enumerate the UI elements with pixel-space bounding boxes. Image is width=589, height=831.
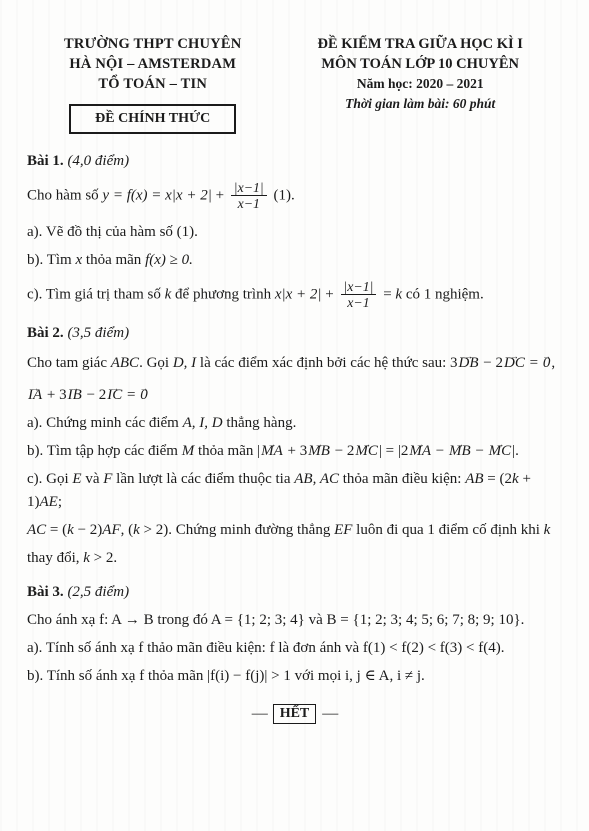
text-run: (3,5 điểm) bbox=[67, 325, 129, 341]
text-run: b). Tìm bbox=[27, 252, 75, 268]
text-run: − bbox=[472, 443, 488, 459]
text-run: D, I bbox=[173, 355, 196, 371]
text-run: k bbox=[67, 522, 74, 538]
text-run: | = |2 bbox=[379, 443, 408, 459]
text-run: A, I, D bbox=[183, 415, 223, 431]
text-run: k bbox=[512, 471, 519, 487]
text-run: Cho hàm số bbox=[27, 187, 102, 203]
text-run: x|x + 2| bbox=[275, 286, 322, 302]
text-run: − 2 bbox=[83, 387, 106, 403]
vector-term: MA bbox=[260, 440, 284, 463]
department-line: TỔ TOÁN – TIN bbox=[27, 74, 278, 94]
text-run: + bbox=[322, 286, 338, 302]
problem2-part-c-line3: thay đổi, k > 2. bbox=[27, 547, 562, 570]
vector-term: IC bbox=[106, 384, 123, 407]
text-run: − 2 bbox=[480, 355, 503, 371]
problem1-part-a: a). Vẽ đồ thị của hàm số (1). bbox=[27, 221, 562, 244]
text-run: AB bbox=[465, 471, 483, 487]
text-run: AC bbox=[27, 522, 46, 538]
text-run: b). Tìm tập hợp các điểm bbox=[27, 443, 182, 459]
header: TRƯỜNG THPT CHUYÊN HÀ NỘI – AMSTERDAM TỔ… bbox=[27, 34, 562, 134]
vector-term: IA bbox=[27, 384, 43, 407]
text-run: . Gọi bbox=[139, 355, 173, 371]
problem2-part-c-line1: c). Gọi E và F lần lượt là các điểm thuộ… bbox=[27, 468, 562, 514]
text-run: f(x) ≥ 0. bbox=[145, 252, 193, 268]
vector-term: 0 bbox=[542, 352, 552, 375]
text-run: |. bbox=[512, 443, 519, 459]
text-run: Bài 3. bbox=[27, 584, 67, 600]
problem1-heading: Bài 1. (4,0 điểm) bbox=[27, 150, 562, 173]
text-run: EF bbox=[334, 522, 352, 538]
text-run: = bbox=[123, 387, 139, 403]
vector-term: MA bbox=[408, 440, 432, 463]
text-run: để phương trình bbox=[171, 286, 275, 302]
text-run: lần lượt là các điểm thuộc tia bbox=[112, 471, 294, 487]
end-label-box: HẾT bbox=[273, 704, 317, 724]
vector-term: MC bbox=[354, 440, 379, 463]
text-run: = bbox=[379, 286, 395, 302]
exam-body: Bài 1. (4,0 điểm) Cho hàm số y = f(x) = … bbox=[27, 150, 562, 688]
exam-duration: Thời gian làm bài: 60 phút bbox=[278, 94, 562, 114]
text-run: c). Gọi bbox=[27, 471, 72, 487]
problem3-heading: Bài 3. (2,5 điểm) bbox=[27, 581, 562, 604]
text-run: y = f(x) = x|x + 2| bbox=[102, 187, 211, 203]
text-run: b). Tính số ánh xạ f thỏa mãn |f(i) − f(… bbox=[27, 668, 425, 684]
end-dash-right: — bbox=[316, 705, 343, 723]
text-run: AB, AC bbox=[294, 471, 339, 487]
text-run: a). Vẽ đồ thị của hàm số (1). bbox=[27, 224, 198, 240]
official-exam-label: ĐỀ CHÍNH THỨC bbox=[95, 111, 210, 126]
text-run: thỏa mãn bbox=[194, 443, 257, 459]
text-run: Bài 1. bbox=[27, 153, 67, 169]
vector-term: MB bbox=[448, 440, 472, 463]
fraction: |x−1|x−1 bbox=[341, 279, 377, 311]
text-run: (4,0 điểm) bbox=[67, 153, 129, 169]
end-dash-left: — bbox=[246, 705, 273, 723]
text-run: , bbox=[551, 355, 555, 371]
text-run: thỏa mãn điều kiện: bbox=[339, 471, 465, 487]
text-run: Cho tam giác bbox=[27, 355, 111, 371]
problem2-part-c-line2: AC = (k − 2)AF, (k > 2). Chứng minh đườn… bbox=[27, 519, 562, 542]
text-run: a). Chứng minh các điểm bbox=[27, 415, 183, 431]
text-run: có 1 nghiệm. bbox=[402, 286, 484, 302]
text-run: , ( bbox=[121, 522, 134, 538]
problem2-part-b: b). Tìm tập hợp các điểm M thỏa mãn |MA … bbox=[27, 440, 562, 463]
text-run: AE bbox=[40, 494, 58, 510]
vector-term: 0 bbox=[139, 384, 149, 407]
text-run: − bbox=[432, 443, 448, 459]
text-run: + bbox=[212, 187, 228, 203]
exam-subject: MÔN TOÁN LỚP 10 CHUYÊN bbox=[278, 54, 562, 74]
problem2-part-a: a). Chứng minh các điểm A, I, D thẳng hà… bbox=[27, 412, 562, 435]
text-run: − 2 bbox=[331, 443, 354, 459]
vector-term: MB bbox=[307, 440, 331, 463]
text-run: E bbox=[72, 471, 81, 487]
text-run: Cho ánh xạ f: A → B trong đó A = {1; 2; … bbox=[27, 612, 524, 628]
text-run: AF bbox=[102, 522, 120, 538]
text-run: thỏa mãn bbox=[82, 252, 145, 268]
text-run: ; bbox=[58, 494, 62, 510]
exam-school-year: Năm học: 2020 – 2021 bbox=[278, 74, 562, 94]
text-run: k bbox=[544, 522, 551, 538]
text-run: k bbox=[133, 522, 140, 538]
text-run: = (2 bbox=[484, 471, 512, 487]
text-run: a). Tính số ánh xạ f thảo mãn điều kiện:… bbox=[27, 640, 504, 656]
problem1-intro: Cho hàm số y = f(x) = x|x + 2| + |x−1|x−… bbox=[27, 180, 562, 212]
text-run: Bài 2. bbox=[27, 325, 67, 341]
problem1-part-b: b). Tìm x thỏa mãn f(x) ≥ 0. bbox=[27, 249, 562, 272]
text-run: + 3 bbox=[284, 443, 307, 459]
text-run: k bbox=[83, 550, 90, 566]
school-name-line1: TRƯỜNG THPT CHUYÊN bbox=[27, 34, 278, 54]
text-run: và bbox=[82, 471, 104, 487]
text-run: > 2. bbox=[90, 550, 117, 566]
text-run: = bbox=[526, 355, 542, 371]
text-run: + 3 bbox=[43, 387, 66, 403]
problem1-part-c: c). Tìm giá trị tham số k để phương trìn… bbox=[27, 279, 562, 311]
official-exam-box: ĐỀ CHÍNH THỨC bbox=[69, 104, 236, 134]
fraction: |x−1|x−1 bbox=[231, 180, 267, 212]
problem2-intro-line2: IA + 3IB − 2IC = 0 bbox=[27, 384, 562, 407]
problem2-heading: Bài 2. (3,5 điểm) bbox=[27, 322, 562, 345]
text-run: > 2). Chứng minh đường thẳng bbox=[140, 522, 334, 538]
problem2-intro-line1: Cho tam giác ABC. Gọi D, I là các điểm x… bbox=[27, 352, 562, 375]
end-of-exam: — HẾT — bbox=[27, 704, 562, 724]
vector-term: DC bbox=[503, 352, 526, 375]
text-run: c). Tìm giá trị tham số bbox=[27, 286, 165, 302]
text-run: thay đổi, bbox=[27, 550, 83, 566]
school-block: TRƯỜNG THPT CHUYÊN HÀ NỘI – AMSTERDAM TỔ… bbox=[27, 34, 278, 134]
text-run: thẳng hàng. bbox=[223, 415, 297, 431]
vector-term: MC bbox=[488, 440, 513, 463]
exam-info-block: ĐỀ KIỂM TRA GIỮA HỌC KÌ I MÔN TOÁN LỚP 1… bbox=[278, 34, 562, 114]
problem3-intro: Cho ánh xạ f: A → B trong đó A = {1; 2; … bbox=[27, 609, 562, 632]
exam-title: ĐỀ KIỂM TRA GIỮA HỌC KÌ I bbox=[278, 34, 562, 54]
problem3-part-b: b). Tính số ánh xạ f thỏa mãn |f(i) − f(… bbox=[27, 665, 562, 688]
text-run: = ( bbox=[46, 522, 67, 538]
text-run: luôn đi qua 1 điểm cố định khi bbox=[352, 522, 543, 538]
vector-term: IB bbox=[67, 384, 83, 407]
exam-paper: TRƯỜNG THPT CHUYÊN HÀ NỘI – AMSTERDAM TỔ… bbox=[0, 0, 589, 831]
text-run: (2,5 điểm) bbox=[67, 584, 129, 600]
text-run: M bbox=[182, 443, 195, 459]
problem3-part-a: a). Tính số ánh xạ f thảo mãn điều kiện:… bbox=[27, 637, 562, 660]
text-run: (1). bbox=[270, 187, 295, 203]
school-name-line2: HÀ NỘI – AMSTERDAM bbox=[27, 54, 278, 74]
text-run: là các điểm xác định bởi các hệ thức sau… bbox=[196, 355, 457, 371]
text-run: − 2) bbox=[74, 522, 102, 538]
text-run: ABC bbox=[111, 355, 139, 371]
vector-term: DB bbox=[458, 352, 480, 375]
